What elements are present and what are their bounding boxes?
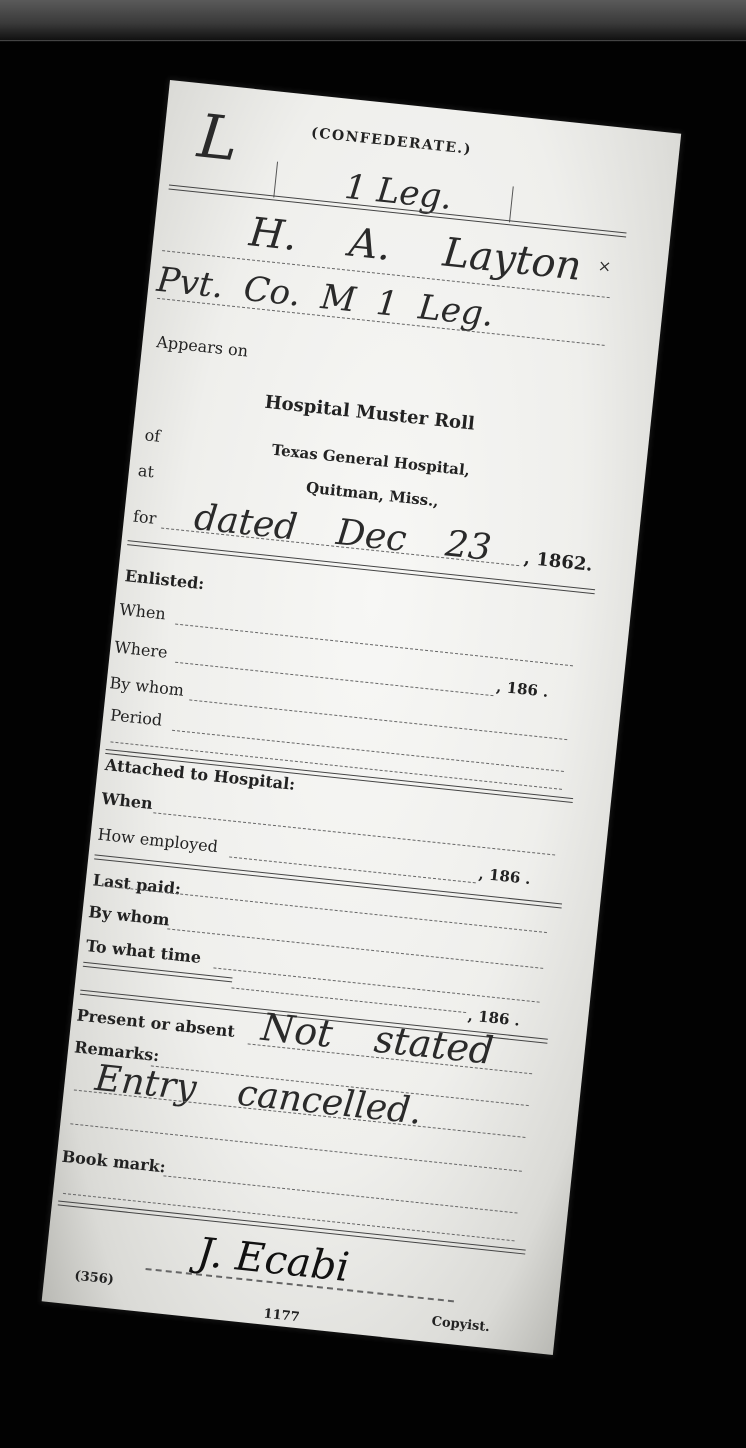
enlisted-when-field: When [170,80,681,134]
hospital-location: Quitman, Miss., [305,479,439,511]
enlisted-where-suffix: , 186 . [495,677,549,700]
book-mark-label: Book mark: [61,1147,167,1177]
muster-roll-card: L (CONFEDERATE.) 1 Leg. H. A. Layton × P… [42,80,682,1355]
attached-how-employed-label: How employed [97,825,219,857]
enlisted-where-label: Where [113,637,168,661]
enlisted-where-line [175,662,493,696]
header-divider-right [509,186,514,222]
last-paid-by-whom-label: By whom [88,902,171,929]
for-label: for [132,507,157,528]
of-label: of [144,425,161,446]
last-paid-to-what-time-line [213,967,539,1002]
attached-how-employed-suffix: , 186 . [478,865,532,888]
hospital-name: Texas General Hospital, [271,441,471,480]
enlisted-by-whom-field: By whom [170,80,681,134]
soldier-mark: × [597,256,612,276]
form-number: (356) [74,1269,115,1288]
enlisted-when-label: When [118,600,166,624]
last-paid-by-whom-line [167,928,543,969]
book-mark-line-2 [63,1193,515,1241]
at-label: at [137,461,155,482]
book-mark-field: Book mark: [170,80,681,134]
enlisted-period-label: Period [109,705,163,729]
attached-when-label: When [101,789,154,813]
header-initial: L [195,101,242,175]
attached-how-employed-field: How employed , 186 . [170,80,681,134]
header-divider-left [273,162,278,198]
copyist-label: Copyist. [431,1314,491,1335]
card-number: 1177 [263,1307,301,1326]
present-or-absent-label: Present or absent [76,1005,236,1041]
attached-when-field: When [170,80,681,134]
book-mark-line [163,1175,517,1213]
last-paid-to-what-time-label: To what time [85,936,202,967]
present-or-absent-value: Not stated [259,1005,495,1073]
year-suffix: , 1862. [523,548,594,576]
last-paid-to-what-time-field: To what time [170,80,681,134]
appears-on-label: Appears on [156,332,249,361]
last-paid-heading: Last paid: [92,870,182,898]
remarks-field: Remarks: Entry cancelled. [170,80,681,134]
enlisted-by-whom-label: By whom [109,673,185,700]
last-paid-rule-short [83,962,233,983]
roll-title: Hospital Muster Roll [264,392,476,435]
present-or-absent-field: Present or absent Not stated [170,80,681,134]
enlisted-when-line [175,624,573,667]
attached-how-employed-line [229,856,476,883]
last-paid-by-whom-field: By whom [170,80,681,134]
copyist-signature: J. Ecabi [195,1229,351,1291]
enlisted-heading: Enlisted: [124,566,205,593]
enlisted-period-field: Period [170,80,681,134]
enlisted-where-field: Where , 186 . [170,80,681,134]
enlisted-by-whom-line [189,699,567,740]
header-type: (CONFEDERATE.) [310,125,472,158]
film-top-edge [0,0,746,42]
